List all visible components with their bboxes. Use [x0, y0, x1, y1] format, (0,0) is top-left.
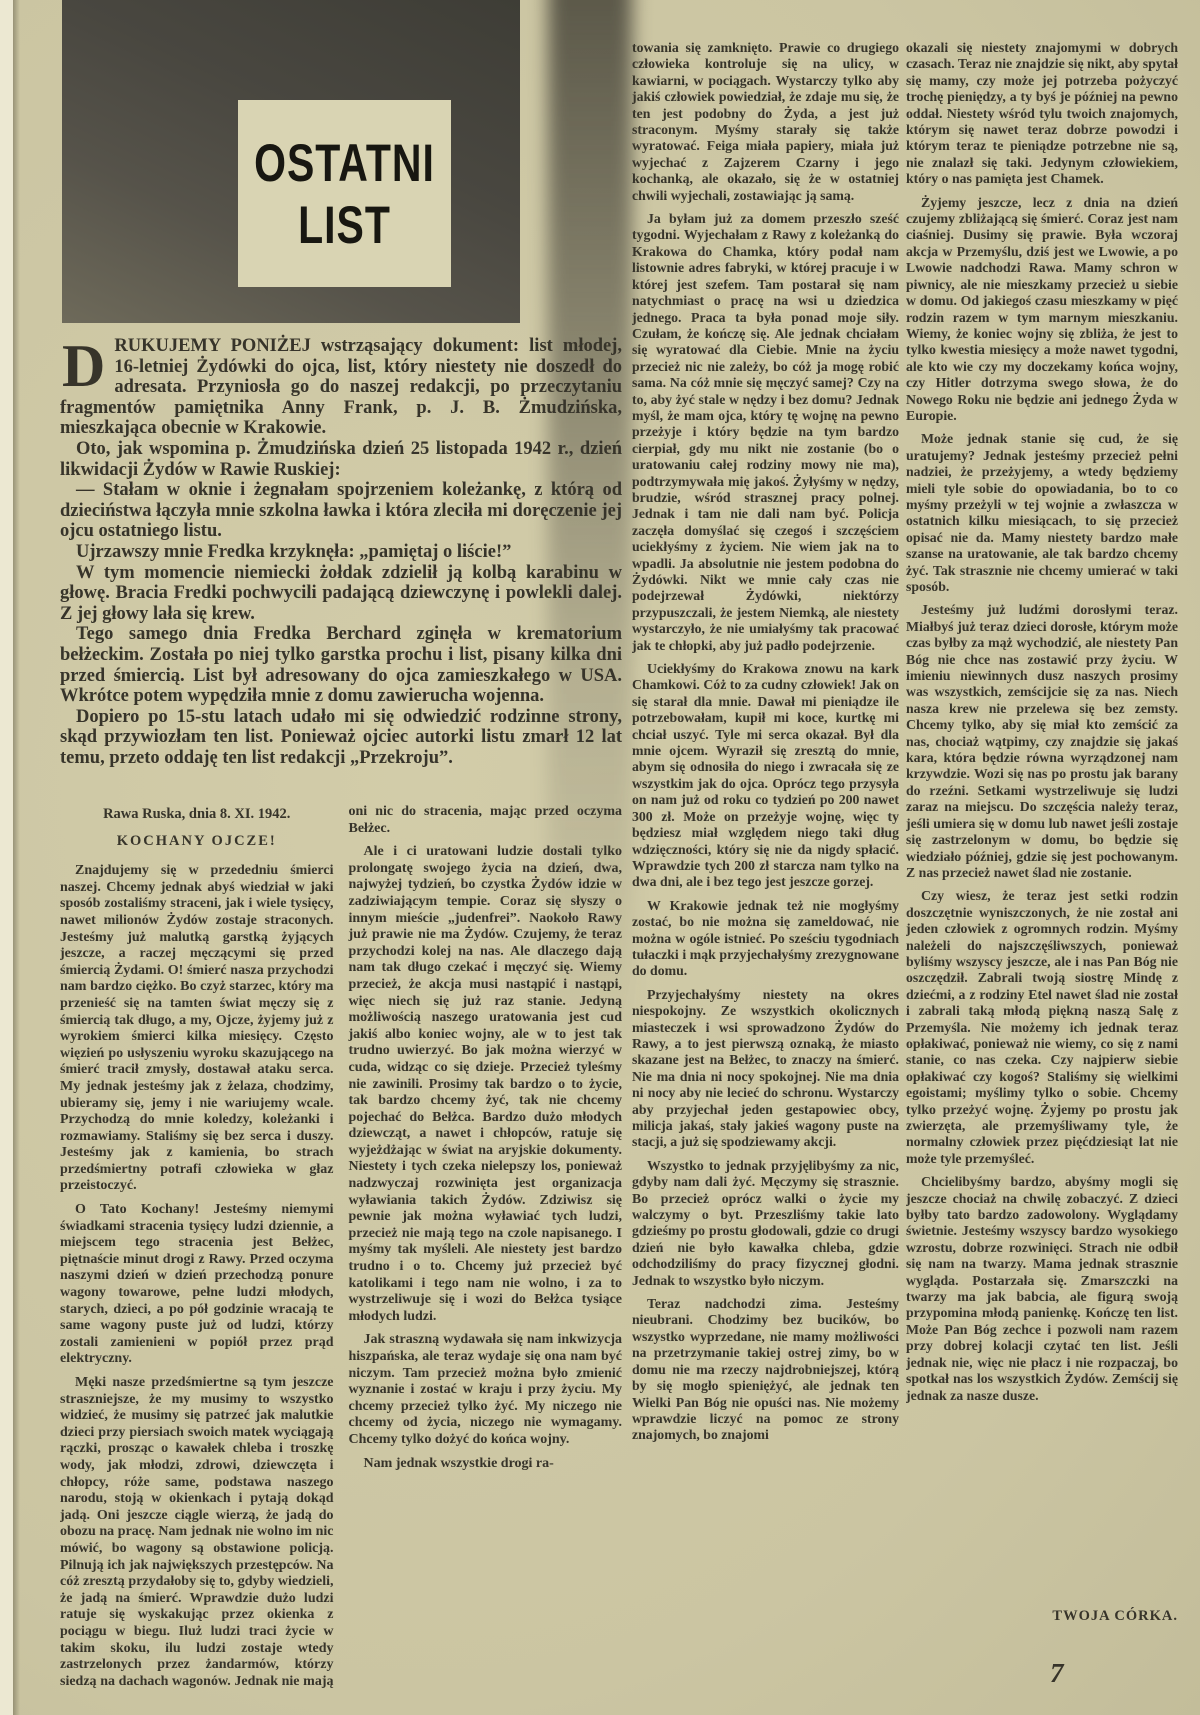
paragraph: — Stałam w oknie i żegnałam spojrzeniem … [60, 480, 622, 542]
paragraph: Dopiero po 15-stu latach udało mi się od… [60, 707, 622, 769]
paragraph: Tego samego dnia Fredka Berchard zginęła… [60, 624, 622, 706]
letter-dateline: Rawa Ruska, dnia 8. XI. 1942. [60, 806, 334, 823]
paragraph: Żyjemy jeszcze, lecz z dnia na dzień czu… [906, 195, 1178, 425]
paragraph: Ja byłam już za domem przeszło sześć tyg… [632, 211, 899, 654]
intro-paragraphs: Oto, jak wspomina p. Żmudzińska dzień 25… [60, 439, 622, 769]
letter-salutation: KOCHANY OJCZE! [60, 833, 334, 850]
editorial-intro: DRUKUJEMY PONIŻEJ wstrząsający dokument:… [60, 336, 622, 768]
letter-columns-left: Rawa Ruska, dnia 8. XI. 1942. KOCHANY OJ… [60, 804, 622, 1699]
paragraph: O Tato Kochany! Jesteśmy niemymi świadka… [60, 1202, 334, 1368]
paragraph: Wszystko to jednak przyjęlibyśmy za nic,… [632, 1158, 899, 1289]
title-photo-block: OSTATNI LIST [62, 0, 520, 323]
article-title-line-2: LIST [298, 185, 391, 264]
paragraph: Znajdujemy się w przededniu śmierci nasz… [60, 863, 334, 1195]
paragraph: towania się zamknięto. Prawie co drugieg… [632, 40, 899, 204]
paragraph: W tym momencie niemiecki żołdak zdzielił… [60, 563, 622, 625]
paragraph: Może jednak stanie się cud, że się uratu… [906, 431, 1178, 595]
paragraph: Czy wiesz, że teraz jest setki rodzin do… [906, 888, 1178, 1167]
paper-crease [13, 0, 20, 1715]
paragraph: Chcielibyśmy bardzo, abyśmy mogli się je… [906, 1174, 1178, 1404]
intro-lead-text: RUKUJEMY PONIŻEJ wstrząsający dokument: … [60, 336, 622, 438]
paper-edge [0, 0, 13, 1715]
paragraph: Ujrzawszy mnie Fredka krzyknęła: „pamięt… [60, 542, 622, 563]
magazine-page: OSTATNI LIST DRUKUJEMY PONIŻEJ wstrząsaj… [0, 0, 1200, 1715]
paragraph: Jak straszną wydawała się nam inkwizycja… [349, 1332, 623, 1448]
paragraph: Jesteśmy już ludźmi dorosłymi teraz. Mia… [906, 602, 1178, 881]
paragraph: okazali się niestety znajomymi w dobrych… [906, 40, 1178, 188]
letter-column-middle: towania się zamknięto. Prawie co drugieg… [632, 40, 899, 1690]
paragraph: Teraz nadchodzi zima. Jesteśmy nieubrani… [632, 1296, 899, 1444]
paragraph: Uciekłyśmy do Krakowa znowu na kark Cham… [632, 661, 899, 891]
page-number: 7 [1050, 1658, 1064, 1689]
paragraph: W Krakowie jednak też nie mogłyśmy zosta… [632, 898, 899, 980]
paragraph: Nam jednak wszystkie drogi ra- [349, 1456, 623, 1473]
paragraph: Ale i ci uratowani ludzie dostali tylko … [349, 844, 623, 1325]
letter-signature: TWOJA CÓRKA. [906, 1608, 1180, 1625]
paragraph: Przyjechałyśmy niestety na okres niespok… [632, 987, 899, 1151]
letter-column-right: okazali się niestety znajomymi w dobrych… [906, 40, 1178, 1695]
paragraph: Oto, jak wspomina p. Żmudzińska dzień 25… [60, 439, 622, 480]
title-box: OSTATNI LIST [238, 100, 451, 287]
drop-cap: D [60, 336, 114, 391]
intro-lead-paragraph: DRUKUJEMY PONIŻEJ wstrząsający dokument:… [60, 336, 622, 439]
